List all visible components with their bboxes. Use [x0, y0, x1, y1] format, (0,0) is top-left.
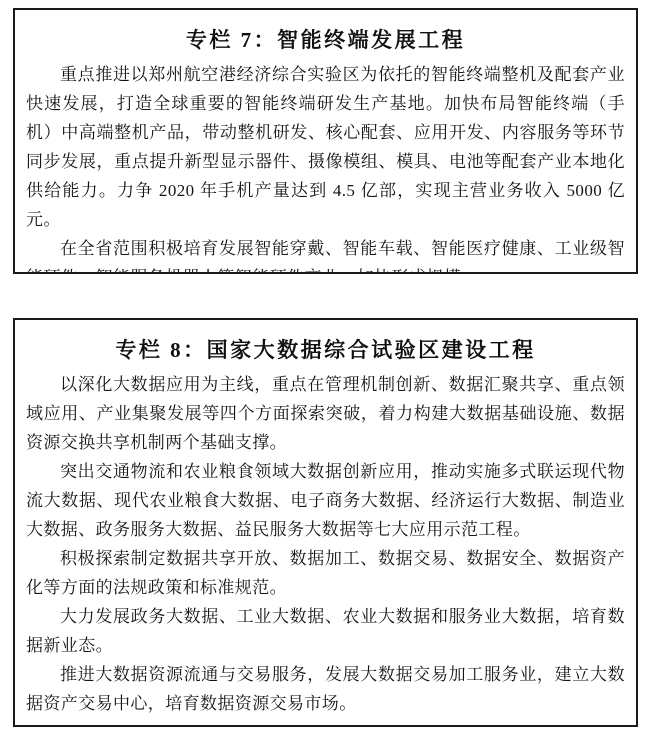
panel-column-7-paragraph-2: 在全省范围积极培育发展智能穿戴、智能车载、智能医疗健康、工业级智能硬件、智能服务…	[26, 234, 625, 274]
document-page: 专栏 7：智能终端发展工程 重点推进以郑州航空港经济综合实验区为依托的智能终端整…	[0, 0, 650, 736]
panel-column-7: 专栏 7：智能终端发展工程 重点推进以郑州航空港经济综合实验区为依托的智能终端整…	[13, 8, 638, 274]
panel-column-8-paragraph-4: 大力发展政务大数据、工业大数据、农业大数据和服务业大数据，培育数据新业态。	[26, 602, 625, 660]
panel-column-7-paragraph-1: 重点推进以郑州航空港经济综合实验区为依托的智能终端整机及配套产业快速发展，打造全…	[26, 60, 625, 234]
panel-column-8-title: 专栏 8：国家大数据综合试验区建设工程	[26, 334, 625, 364]
panel-column-7-title: 专栏 7：智能终端发展工程	[26, 24, 625, 54]
panel-column-8: 专栏 8：国家大数据综合试验区建设工程 以深化大数据应用为主线，重点在管理机制创…	[13, 318, 638, 727]
panel-column-8-paragraph-3: 积极探索制定数据共享开放、数据加工、数据交易、数据安全、数据资产化等方面的法规政…	[26, 544, 625, 602]
panel-column-8-paragraph-2: 突出交通物流和农业粮食领域大数据创新应用，推动实施多式联运现代物流大数据、现代农…	[26, 457, 625, 544]
panel-column-8-paragraph-1: 以深化大数据应用为主线，重点在管理机制创新、数据汇聚共享、重点领域应用、产业集聚…	[26, 370, 625, 457]
panel-column-8-paragraph-5: 推进大数据资源流通与交易服务，发展大数据交易加工服务业，建立大数据资产交易中心，…	[26, 660, 625, 718]
